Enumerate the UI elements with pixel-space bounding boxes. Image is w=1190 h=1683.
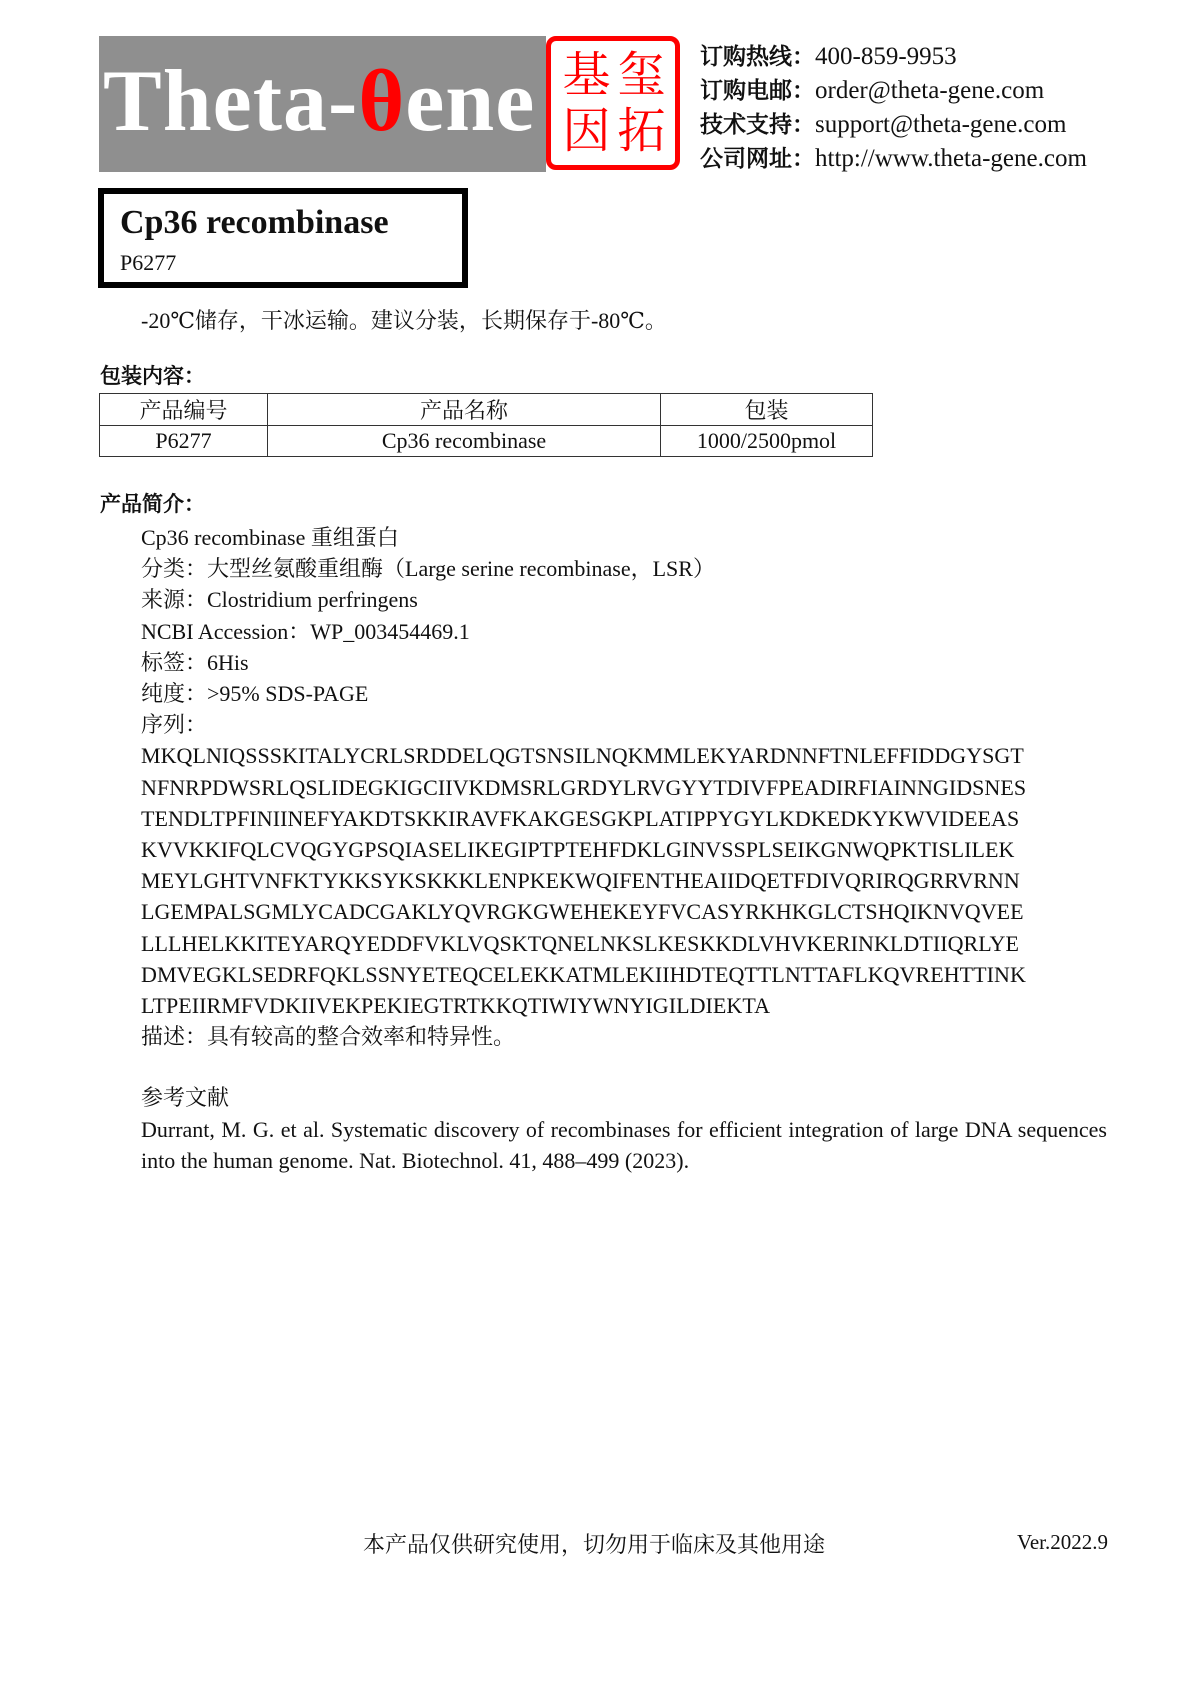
intro-line-accession: NCBI Accession：WP_003454469.1 <box>141 616 1107 647</box>
intro-heading: 产品简介： <box>100 488 205 518</box>
table-header-row: 产品编号 产品名称 包装 <box>100 394 873 426</box>
reference-citation: Durrant, M. G. et al. Systematic discove… <box>141 1114 1107 1177</box>
intro-line-sequence-label: 序列： <box>141 709 1107 740</box>
cell-package-size: 1000/2500pmol <box>661 426 873 457</box>
support-email-link[interactable]: support@theta-gene.com <box>815 111 1066 138</box>
cell-product-code: P6277 <box>100 426 268 457</box>
contact-info: 订购热线：400-859-9953 订购电邮：order@theta-gene.… <box>700 40 1087 176</box>
intro-description: 描述：具有较高的整合效率和特异性。 <box>141 1021 1107 1052</box>
sequence-line: DMVEGKLSEDRFQKLSSNYETEQCELEKKATMLEKIIHDT… <box>141 959 1107 990</box>
sequence-line: MEYLGHTVNFKTYKKSYKSKKKLENPKEKWQIFENTHEAI… <box>141 865 1107 896</box>
intro-line-classification: 分类：大型丝氨酸重组酶（Large serine recombinase，LSR… <box>141 553 1107 584</box>
sequence-line: LGEMPALSGMLYCADCGAKLYQVRGKGWEHEKEYFVCASY… <box>141 896 1107 927</box>
seal-char: 基 <box>559 47 614 103</box>
column-header: 产品编号 <box>100 394 268 426</box>
document-version: Ver.2022.9 <box>1017 1530 1108 1555</box>
intro-line-tag: 标签：6His <box>141 647 1107 678</box>
contact-hotline: 订购热线：400-859-9953 <box>700 40 1087 74</box>
sequence-line: NFNRPDWSRLQSLIDEGKIGCIIVKDMSRLGRDYLRVGYY… <box>141 772 1107 803</box>
column-header: 包装 <box>661 394 873 426</box>
references-heading: 参考文献 <box>141 1082 1107 1114</box>
storage-instructions: -20℃储存，干冰运输。建议分装，长期保存于-80℃。 <box>141 304 667 335</box>
contact-label: 公司网址： <box>700 146 815 172</box>
sequence-line: LLLHELKKITEYARQYEDDFVKLVQSKTQNELNKSLKESK… <box>141 928 1107 959</box>
product-name: Cp36 recombinase <box>120 204 389 242</box>
table-row: P6277 Cp36 recombinase 1000/2500pmol <box>100 426 873 457</box>
product-code: P6277 <box>120 250 176 276</box>
intro-line-protein: Cp36 recombinase 重组蛋白 <box>141 522 1107 553</box>
research-use-notice: 本产品仅供研究使用，切勿用于临床及其他用途 <box>363 1528 825 1559</box>
website-link[interactable]: http://www.theta-gene.com <box>815 145 1087 172</box>
company-logo: Theta-θene <box>103 58 535 146</box>
column-header: 产品名称 <box>268 394 661 426</box>
order-email-link[interactable]: order@theta-gene.com <box>815 77 1044 104</box>
references: 参考文献 Durrant, M. G. et al. Systematic di… <box>141 1082 1107 1177</box>
contact-label: 技术支持： <box>700 112 815 138</box>
product-intro: Cp36 recombinase 重组蛋白 分类：大型丝氨酸重组酶（Large … <box>141 522 1107 1052</box>
chinese-name-seal: 基 玺 因 拓 <box>546 36 680 170</box>
seal-char: 拓 <box>614 103 669 159</box>
cell-product-name: Cp36 recombinase <box>268 426 661 457</box>
contact-support: 技术支持：support@theta-gene.com <box>700 108 1087 142</box>
product-title-box: Cp36 recombinase P6277 <box>98 188 468 288</box>
sequence-line: KVVKKIFQLCVQGYGPSQIASELIKEGIPTPTEHFDKLGI… <box>141 834 1107 865</box>
package-heading: 包装内容： <box>100 360 205 390</box>
sequence-line: TENDLTPFINIINEFYAKDTSKKIRAVFKAKGESGKPLAT… <box>141 803 1107 834</box>
logo-prefix: Theta- <box>103 53 358 150</box>
logo-suffix: ene <box>405 53 535 150</box>
logo-theta-glyph: θ <box>358 53 405 150</box>
seal-char: 因 <box>559 103 614 159</box>
sequence-line: MKQLNIQSSSKITALYCRLSRDDELQGTSNSILNQKMMLE… <box>141 740 1107 771</box>
contact-label: 订购热线： <box>700 44 815 70</box>
intro-line-purity: 纯度：>95% SDS-PAGE <box>141 678 1107 709</box>
contact-order-email: 订购电邮：order@theta-gene.com <box>700 74 1087 108</box>
contact-label: 订购电邮： <box>700 78 815 104</box>
seal-char: 玺 <box>614 47 669 103</box>
contact-website: 公司网址：http://www.theta-gene.com <box>700 142 1087 176</box>
sequence-line: LTPEIIRMFVDKIIVEKPEKIEGTRTKKQTIWIYWNYIGI… <box>141 990 1107 1021</box>
intro-line-source: 来源：Clostridium perfringens <box>141 584 1107 615</box>
phone-number: 400-859-9953 <box>815 43 957 70</box>
package-table: 产品编号 产品名称 包装 P6277 Cp36 recombinase 1000… <box>99 393 873 457</box>
